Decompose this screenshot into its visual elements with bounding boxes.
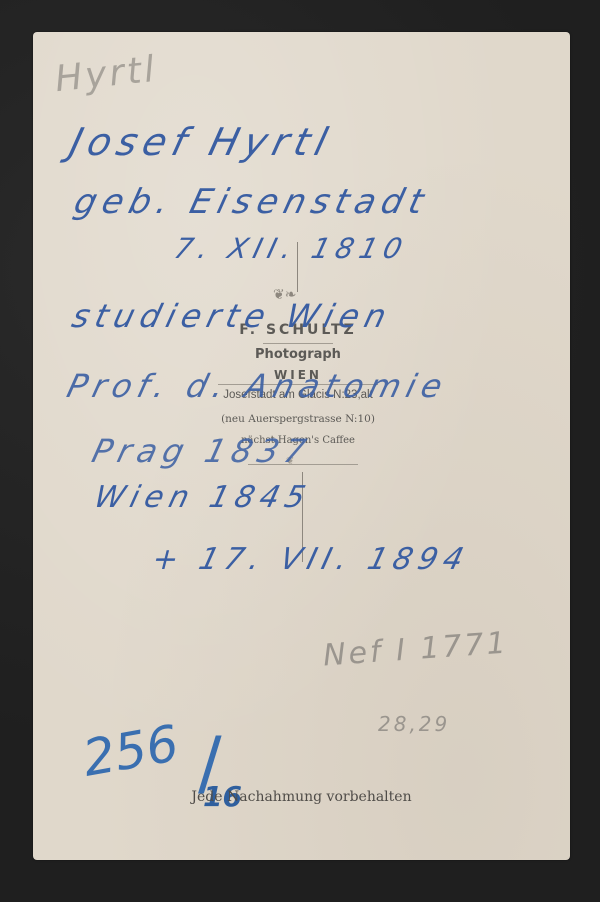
pencil-name-note: Hyrtl [53, 49, 159, 100]
pencil-archive-reference: Nef I 1771 [322, 626, 510, 674]
stamp-address-line-2: (neu Auerspergstrasse N:10) [168, 413, 428, 425]
handwritten-line-studies: studierte Wien [68, 297, 396, 335]
blue-inventory-number: 256 [79, 714, 183, 788]
photo-card-back: Hyrtl ❦❧ F. SCHULTZ Photograph WIEN Jose… [33, 32, 570, 860]
handwritten-line-prague: Prag 1837 [88, 432, 315, 470]
stamp-divider-1 [263, 343, 333, 344]
handwritten-line-vienna: Wien 1845 [91, 480, 315, 515]
handwritten-line-birthplace: geb. Eisenstadt [70, 182, 434, 222]
printed-reproduction-notice: Jede Nachahmung vorbehalten [33, 789, 570, 805]
handwritten-line-name: Josef Hyrtl [66, 120, 338, 164]
stamp-photographer-title: Photograph [168, 347, 428, 362]
handwritten-line-profession: Prof. d. Anatomie [63, 367, 452, 405]
pencil-archive-number: 28,29 [378, 712, 450, 736]
handwritten-line-death: + 17. VII. 1894 [149, 542, 473, 577]
handwritten-line-birthdate: 7. XII. 1810 [171, 232, 412, 265]
